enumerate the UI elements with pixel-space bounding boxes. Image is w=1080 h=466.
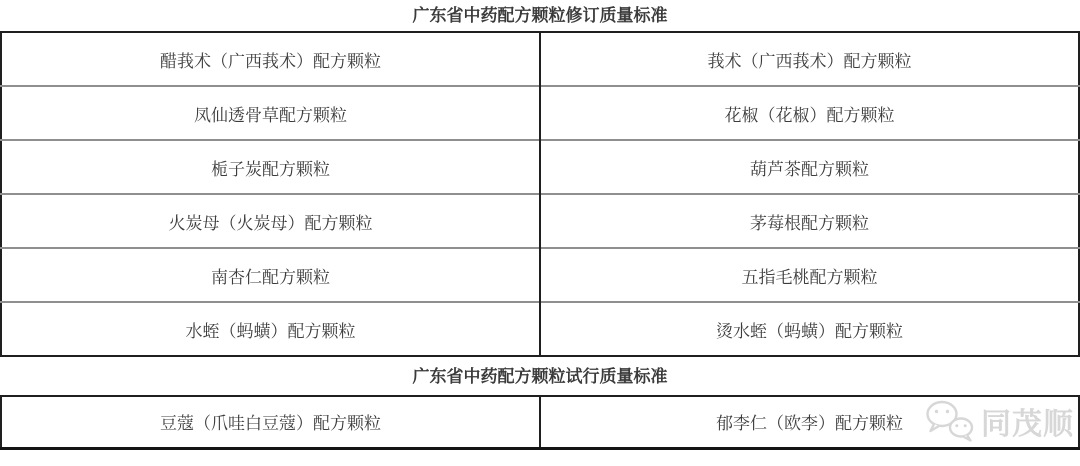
table-cell: 花椒（花椒）配方颗粒 [540,86,1079,140]
table-cell: 莪术（广西莪术）配方颗粒 [540,32,1079,86]
table-cell: 郁李仁（欧李）配方颗粒 [540,396,1079,448]
table-cell: 茅莓根配方颗粒 [540,194,1079,248]
revised-standards-title: 广东省中药配方颗粒修订质量标准 [0,0,1080,31]
table-cell: 凤仙透骨草配方颗粒 [1,86,540,140]
table-row: 水蛭（蚂蟥）配方颗粒 烫水蛭（蚂蟥）配方颗粒 [1,302,1079,356]
table-row: 火炭母（火炭母）配方颗粒 茅莓根配方颗粒 [1,194,1079,248]
table-cell: 栀子炭配方颗粒 [1,140,540,194]
trial-standards-title: 广东省中药配方颗粒试行质量标准 [0,357,1080,395]
table-cell: 烫水蛭（蚂蟥）配方颗粒 [540,302,1079,356]
table-row: 栀子炭配方颗粒 葫芦茶配方颗粒 [1,140,1079,194]
table-row: 豆蔻（爪哇白豆蔻）配方颗粒 郁李仁（欧李）配方颗粒 [1,396,1079,448]
table-cell: 五指毛桃配方颗粒 [540,248,1079,302]
trial-standards-table: 豆蔻（爪哇白豆蔻）配方颗粒 郁李仁（欧李）配方颗粒 [0,395,1080,450]
table-row: 凤仙透骨草配方颗粒 花椒（花椒）配方颗粒 [1,86,1079,140]
table-cell: 豆蔻（爪哇白豆蔻）配方颗粒 [1,396,540,448]
table-row: 醋莪术（广西莪术）配方颗粒 莪术（广西莪术）配方颗粒 [1,32,1079,86]
table-cell: 醋莪术（广西莪术）配方颗粒 [1,32,540,86]
table-cell: 火炭母（火炭母）配方颗粒 [1,194,540,248]
table-cell: 葫芦茶配方颗粒 [540,140,1079,194]
revised-standards-table: 醋莪术（广西莪术）配方颗粒 莪术（广西莪术）配方颗粒 凤仙透骨草配方颗粒 花椒（… [0,31,1080,357]
table-cell: 南杏仁配方颗粒 [1,248,540,302]
table-row: 南杏仁配方颗粒 五指毛桃配方颗粒 [1,248,1079,302]
table-cell: 水蛭（蚂蟥）配方颗粒 [1,302,540,356]
